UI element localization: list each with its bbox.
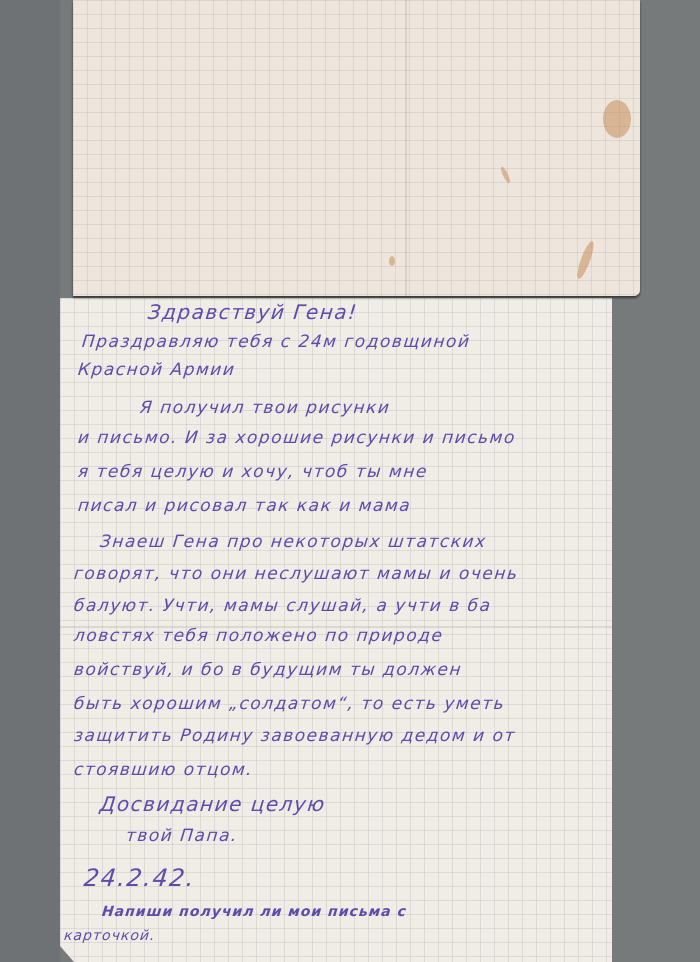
stain bbox=[574, 240, 596, 281]
letter-line: ловстях тебя положено по природе bbox=[73, 626, 445, 646]
letter-line: войствуй, и бо в будущим ты должен bbox=[73, 660, 463, 680]
letter-line: Праздравляю тебя с 24м годовщиной bbox=[81, 332, 472, 352]
letter-line: быть хорошим „солдатом“, то есть уметь bbox=[73, 694, 506, 714]
letter-line: говорят, что они неслушают мамы и очень bbox=[73, 564, 520, 584]
letter-postscript: Напиши получил ли мои письма с bbox=[101, 904, 407, 920]
letter-line: писал и рисовал так как и мама bbox=[77, 496, 412, 516]
letter-line: балуют. Учти, мамы слушай, а учти в ба bbox=[73, 596, 493, 616]
letter-page: Здравствуй Гена! Праздравляю тебя с 24м … bbox=[60, 298, 612, 962]
background-left bbox=[0, 0, 60, 962]
letter-greeting: Здравствуй Гена! bbox=[147, 300, 359, 324]
letter-line: и письмо. И за хорошие рисунки и письмо bbox=[77, 428, 517, 448]
folded-paper-back bbox=[73, 0, 640, 296]
letter-line: Знаеш Гена про некоторых штатских bbox=[99, 532, 488, 552]
letter-line: защитить Родину завоеванную дедом и от bbox=[73, 726, 517, 746]
letter-line: стоявшию отцом. bbox=[73, 760, 254, 780]
letter-signature: твой Папа. bbox=[125, 826, 239, 846]
stain bbox=[499, 166, 511, 184]
letter-closing: Досвидание целую bbox=[99, 792, 327, 816]
letter-line: я тебя целую и хочу, чтоб ты мне bbox=[77, 462, 429, 482]
stain bbox=[603, 100, 631, 138]
stain bbox=[389, 256, 395, 266]
letter-date: 24.2.42. bbox=[83, 864, 197, 892]
paper-fold-vertical bbox=[405, 0, 407, 296]
letter-line: Красной Армии bbox=[77, 360, 237, 380]
letter-line: Я получил твои рисунки bbox=[139, 398, 392, 418]
letter-postscript: карточкой. bbox=[63, 928, 156, 944]
